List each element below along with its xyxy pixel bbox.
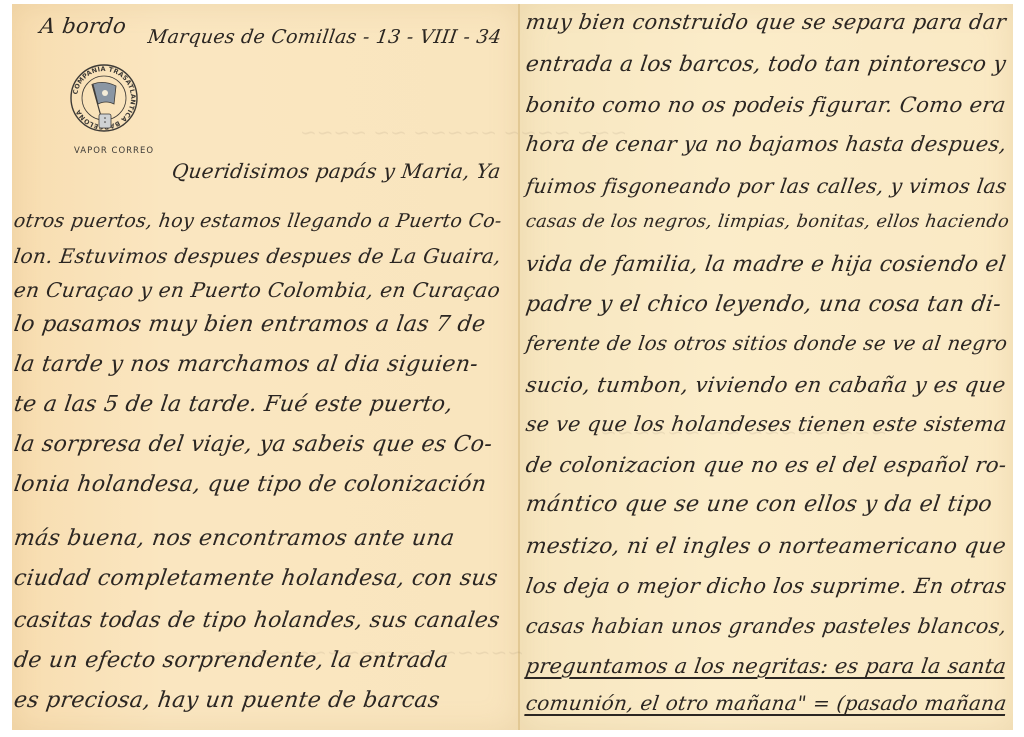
place-and-date: Marques de Comillas - 13 - VIII - 34 xyxy=(146,26,502,48)
letter-line: más buena, nos encontramos ante una xyxy=(12,526,456,551)
letter-line: bonito como no os podeis figurar. Como e… xyxy=(524,92,1007,117)
letter-line: mántico que se une con ellos y da el tip… xyxy=(524,492,994,517)
letter-line: entrada a los barcos, todo tan pintoresc… xyxy=(524,52,1007,77)
letter-line: ciudad completamente holandesa, con sus xyxy=(12,566,499,591)
page-fold xyxy=(518,4,520,730)
letter-line: lo pasamos muy bien entramos a las 7 de xyxy=(12,312,487,337)
letter-line: ferente de los otros sitios donde se ve … xyxy=(524,332,1009,355)
letter-line: fuimos fisgoneando por las calles, y vim… xyxy=(524,174,1008,198)
letter-line: vida de familia, la madre e hija cosiend… xyxy=(524,252,1007,277)
place-prefix: A bordo xyxy=(38,14,128,38)
letter-line: en Curaçao y en Puerto Colombia, en Cura… xyxy=(12,278,502,302)
letter-line: casas habian unos grandes pasteles blanc… xyxy=(524,614,1008,638)
letter-line: lonia holandesa, que tipo de colonizació… xyxy=(12,472,488,497)
letter-line: de colonizacion que no es el del español… xyxy=(524,452,1008,477)
letter-line: la tarde y nos marchamos al dia siguien- xyxy=(12,352,479,377)
letter-line: muy bien construido que se separa para d… xyxy=(524,10,1007,34)
flag-emblem-icon: COMPAÑIA TRASATLANTICA BARCELONA xyxy=(68,62,140,134)
letter-line: casitas todas de tipo holandes, sus cana… xyxy=(12,608,501,633)
letter-line: de un efecto sorprendente, la entrada xyxy=(12,648,450,673)
letter-line: sucio, tumbon, viviendo en cabaña y es q… xyxy=(524,372,1007,397)
letterhead-caption: VAPOR CORREO xyxy=(74,146,154,156)
letter-line-underlined: comunión, el otro mañana" = (pasado maña… xyxy=(524,692,1008,715)
letter-line: lon. Estuvimos despues despues de La Gua… xyxy=(12,244,502,268)
letter-line: mestizo, ni el ingles o norteamericano q… xyxy=(524,534,1007,559)
letter-line: la sorpresa del viaje, ya sabeis que es … xyxy=(12,432,494,457)
letter-line: se ve que los holandeses tienen este sis… xyxy=(524,412,1008,436)
salutation: Queridisimos papás y Maria, Ya xyxy=(170,160,502,183)
letter-line-underlined: preguntamos a los negritas: es para la s… xyxy=(524,654,1008,678)
letter-line: otros puertos, hoy estamos llegando a Pu… xyxy=(12,210,503,232)
letter-line: casas de los negros, limpias, bonitas, e… xyxy=(525,212,1011,232)
letter-line: es preciosa, hay un puente de barcas xyxy=(12,688,441,713)
letter-line: hora de cenar ya no bajamos hasta despue… xyxy=(524,132,1008,156)
letter-line: los deja o mejor dicho los suprime. En o… xyxy=(524,574,1008,598)
letter-line: te a las 5 de la tarde. Fué este puerto, xyxy=(12,392,454,417)
letter-line: padre y el chico leyendo, una cosa tan d… xyxy=(524,292,1003,317)
